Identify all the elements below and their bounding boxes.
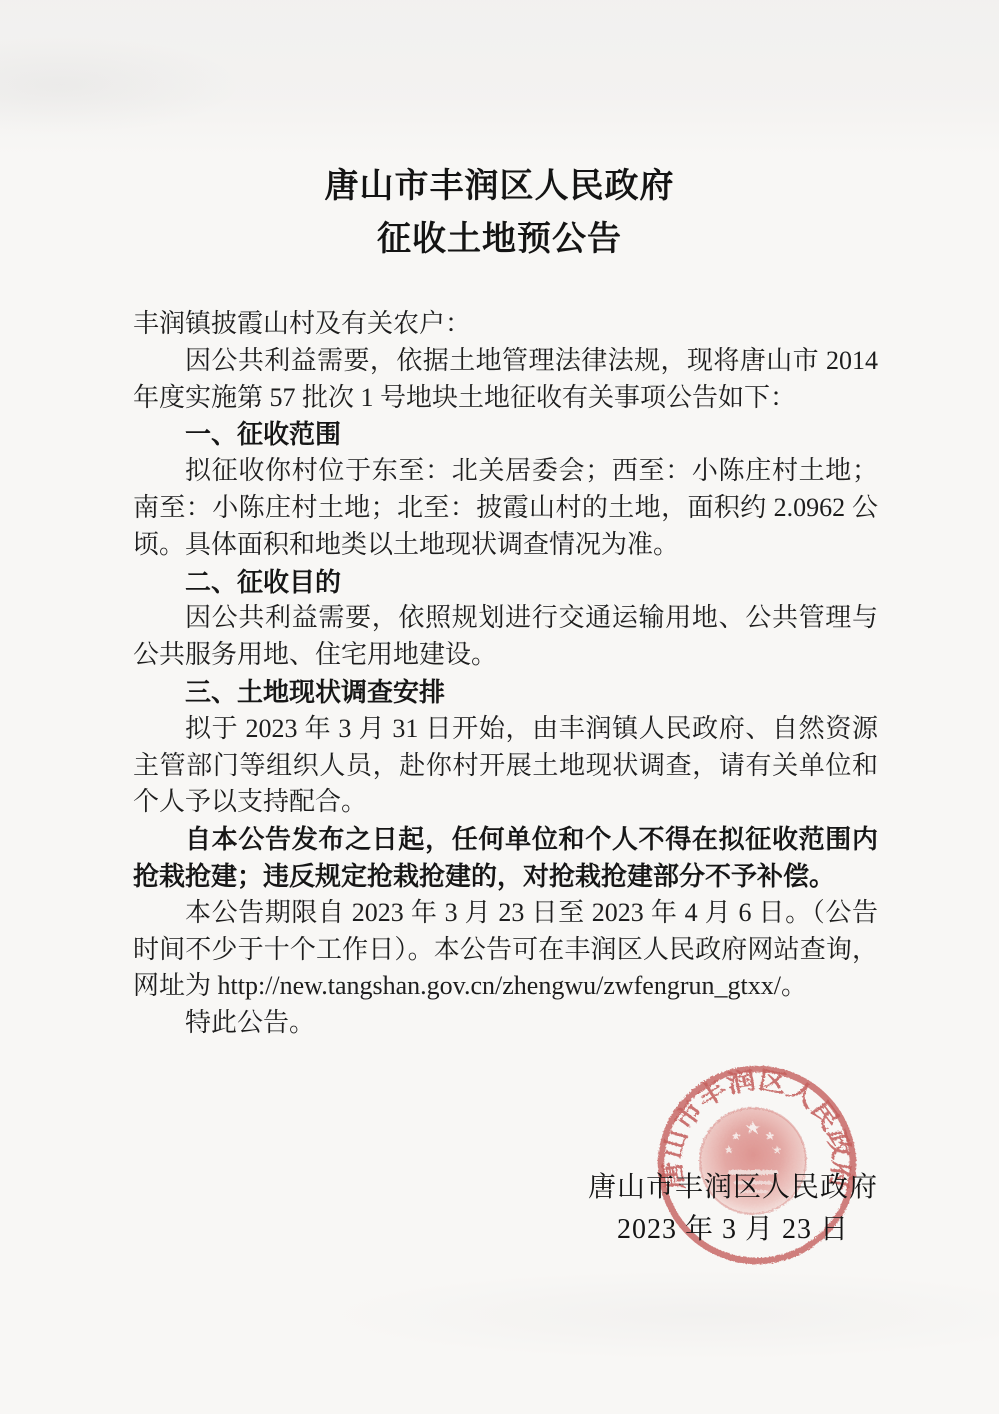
section-heading-survey: 三、土地现状调查安排 — [133, 674, 878, 711]
paragraph-intro: 因公共利益需要，依据土地管理法律法规，现将唐山市 2014 年度实施第 57 批… — [133, 343, 878, 417]
section-heading-purpose: 二、征收目的 — [133, 564, 878, 601]
signature-block: 唐山市丰润区人民政府 2023 年 3 月 23 日 — [588, 1167, 878, 1251]
salutation: 丰润镇披霞山村及有关农户： — [133, 306, 878, 343]
paragraph-scope: 拟征收你村位于东至：北关居委会；西至：小陈庄村土地；南至：小陈庄村土地；北至：披… — [133, 453, 878, 563]
paragraph-survey: 拟于 2023 年 3 月 31 日开始，由丰润镇人民政府、自然资源主管部门等组… — [133, 711, 878, 821]
signature-issuer: 唐山市丰润区人民政府 — [588, 1167, 878, 1209]
paragraph-purpose: 因公共利益需要，依照规划进行交通运输用地、公共管理与公共服务用地、住宅用地建设。 — [133, 600, 878, 674]
title-line-1: 唐山市丰润区人民政府 — [0, 160, 999, 213]
document-body: 丰润镇披霞山村及有关农户： 因公共利益需要，依据土地管理法律法规，现将唐山市 2… — [133, 306, 878, 1042]
paragraph-warning: 自本公告发布之日起，任何单位和个人不得在拟征收范围内抢栽抢建；违反规定抢栽抢建的… — [133, 821, 878, 895]
section-heading-scope: 一、征收范围 — [133, 416, 878, 453]
paragraph-period-and-url: 本公告期限自 2023 年 3 月 23 日至 2023 年 4 月 6 日。（… — [133, 895, 878, 1005]
document-title: 唐山市丰润区人民政府 征收土地预公告 — [0, 160, 999, 266]
signature-date: 2023 年 3 月 23 日 — [588, 1209, 878, 1251]
title-line-2: 征收土地预公告 — [0, 213, 999, 266]
paragraph-closing: 特此公告。 — [133, 1005, 878, 1042]
scanned-notice-page: 唐山市丰润区人民政府 征收土地预公告 丰润镇披霞山村及有关农户： 因公共利益需要… — [0, 0, 999, 1414]
